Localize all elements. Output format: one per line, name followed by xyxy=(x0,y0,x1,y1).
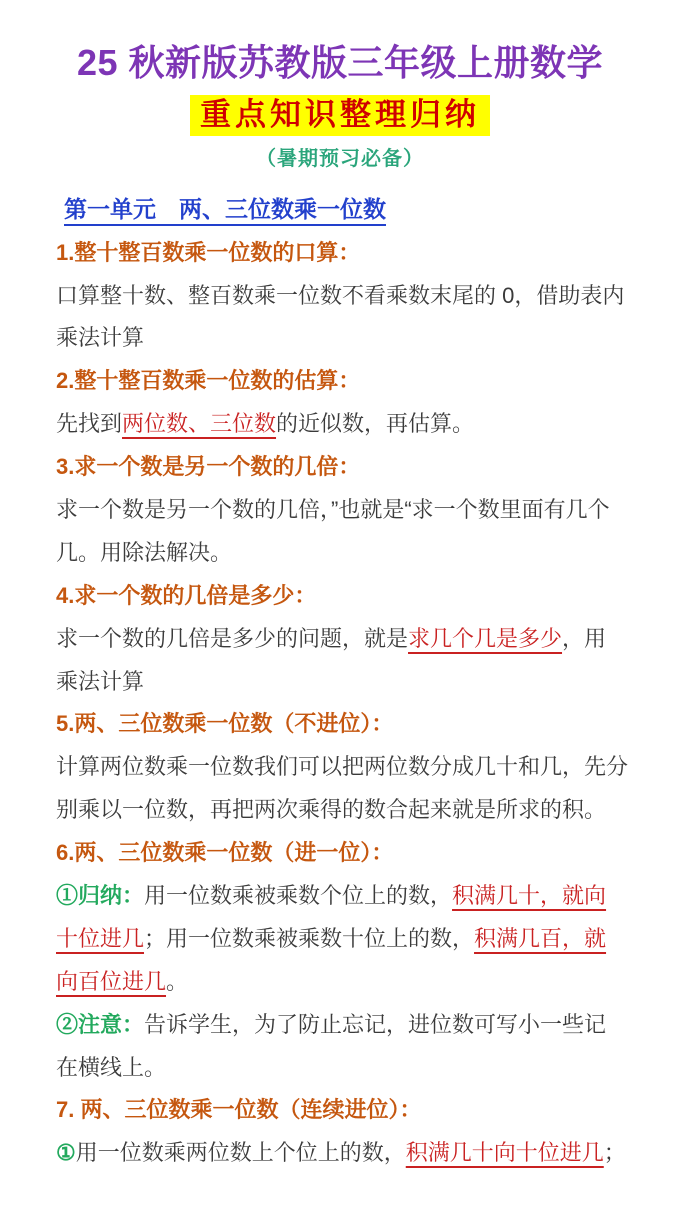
document-page: 25 秋新版苏教版三年级上册数学 重点知识整理归纳 （暑期预习必备） 第一单元 … xyxy=(0,0,680,1209)
unit-heading: 第一单元 两、三位数乘一位数 xyxy=(56,187,628,232)
page-tagline: （暑期预习必备） xyxy=(0,142,680,171)
section-heading: 7. 两、三位数乘一位数（连续进位）： xyxy=(56,1089,628,1132)
paragraph: 口算整十数、整百数乘一位数不看乘数末尾的 0，借助表内乘法计算 xyxy=(56,275,628,361)
document-content: 第一单元 两、三位数乘一位数1.整十整百数乘一位数的口算：口算整十数、整百数乘一… xyxy=(0,171,680,1175)
section-heading: 4.求一个数的几倍是多少： xyxy=(56,575,628,618)
section-heading-text: 6.两、三位数乘一位数（进一位）： xyxy=(56,840,393,865)
section-heading: 6.两、三位数乘一位数（进一位）： xyxy=(56,832,628,875)
text-run: ；用一位数乘被乘数十位上的数， xyxy=(144,926,474,951)
note-label-green: ②注意： xyxy=(56,1012,144,1037)
paragraph: 求一个数的几倍是多少的问题，就是求几个几是多少，用乘法计算 xyxy=(56,618,628,704)
section-heading-text: 3.求一个数是另一个数的几倍： xyxy=(56,454,360,479)
paragraph: ②注意：告诉学生，为了防止忘记，进位数可写小一些记在横线上。 xyxy=(56,1004,628,1090)
section-heading-text: 2.整十整百数乘一位数的估算： xyxy=(56,368,360,393)
text-run: 计算两位数乘一位数我们可以把两位数分成几十和几，先分别乘以一位数，再把两次乘得的… xyxy=(56,754,628,822)
paragraph: ①归纳：用一位数乘被乘数个位上的数，积满几十，就向十位进几；用一位数乘被乘数十位… xyxy=(56,875,628,1004)
paragraph: 求一个数是另一个数的几倍，”也就是“求一个数里面有几个几。用除法解决。 xyxy=(56,489,628,575)
text-run: 求一个数是另一个数的几倍，”也就是“求一个数里面有几个几。用除法解决。 xyxy=(56,497,610,565)
text-run: 口算整十数、整百数乘一位数不看乘数末尾的 0，借助表内乘法计算 xyxy=(56,283,624,351)
text-run: 的近似数，再估算。 xyxy=(276,411,474,436)
paragraph: 先找到两位数、三位数的近似数，再估算。 xyxy=(56,403,628,446)
note-label-green: ① xyxy=(56,1140,76,1165)
text-run: 。 xyxy=(166,969,188,994)
section-heading-text: 7. 两、三位数乘一位数（连续进位）： xyxy=(56,1097,421,1122)
text-run: ； xyxy=(604,1140,626,1165)
subtitle-row: 重点知识整理归纳 xyxy=(0,95,680,136)
text-run: 用一位数乘两位数上个位上的数， xyxy=(76,1140,406,1165)
document-header: 25 秋新版苏教版三年级上册数学 重点知识整理归纳 （暑期预习必备） xyxy=(0,0,680,171)
section-heading: 5.两、三位数乘一位数（不进位）： xyxy=(56,703,628,746)
key-point-red-underlined: 积满几十向十位进几 xyxy=(406,1140,604,1165)
text-run: 求一个数的几倍是多少的问题，就是 xyxy=(56,626,408,651)
key-point-red-underlined: 两位数、三位数 xyxy=(122,411,276,436)
page-title: 25 秋新版苏教版三年级上册数学 xyxy=(0,40,680,87)
section-heading: 2.整十整百数乘一位数的估算： xyxy=(56,360,628,403)
note-label-green: ①归纳： xyxy=(56,883,144,908)
page-subtitle-highlighted: 重点知识整理归纳 xyxy=(190,95,490,136)
paragraph: 计算两位数乘一位数我们可以把两位数分成几十和几，先分别乘以一位数，再把两次乘得的… xyxy=(56,746,628,832)
key-point-red-underlined: 求几个几是多少 xyxy=(408,626,562,651)
paragraph: ①用一位数乘两位数上个位上的数，积满几十向十位进几； xyxy=(56,1132,628,1175)
section-heading: 1.整十整百数乘一位数的口算： xyxy=(56,232,628,275)
section-heading: 3.求一个数是另一个数的几倍： xyxy=(56,446,628,489)
text-run: 先找到 xyxy=(56,411,122,436)
text-run: 用一位数乘被乘数个位上的数， xyxy=(144,883,452,908)
section-heading-text: 1.整十整百数乘一位数的口算： xyxy=(56,240,360,265)
section-heading-text: 5.两、三位数乘一位数（不进位）： xyxy=(56,711,393,736)
unit-heading-text: 第一单元 两、三位数乘一位数 xyxy=(64,196,386,222)
section-heading-text: 4.求一个数的几倍是多少： xyxy=(56,583,316,608)
